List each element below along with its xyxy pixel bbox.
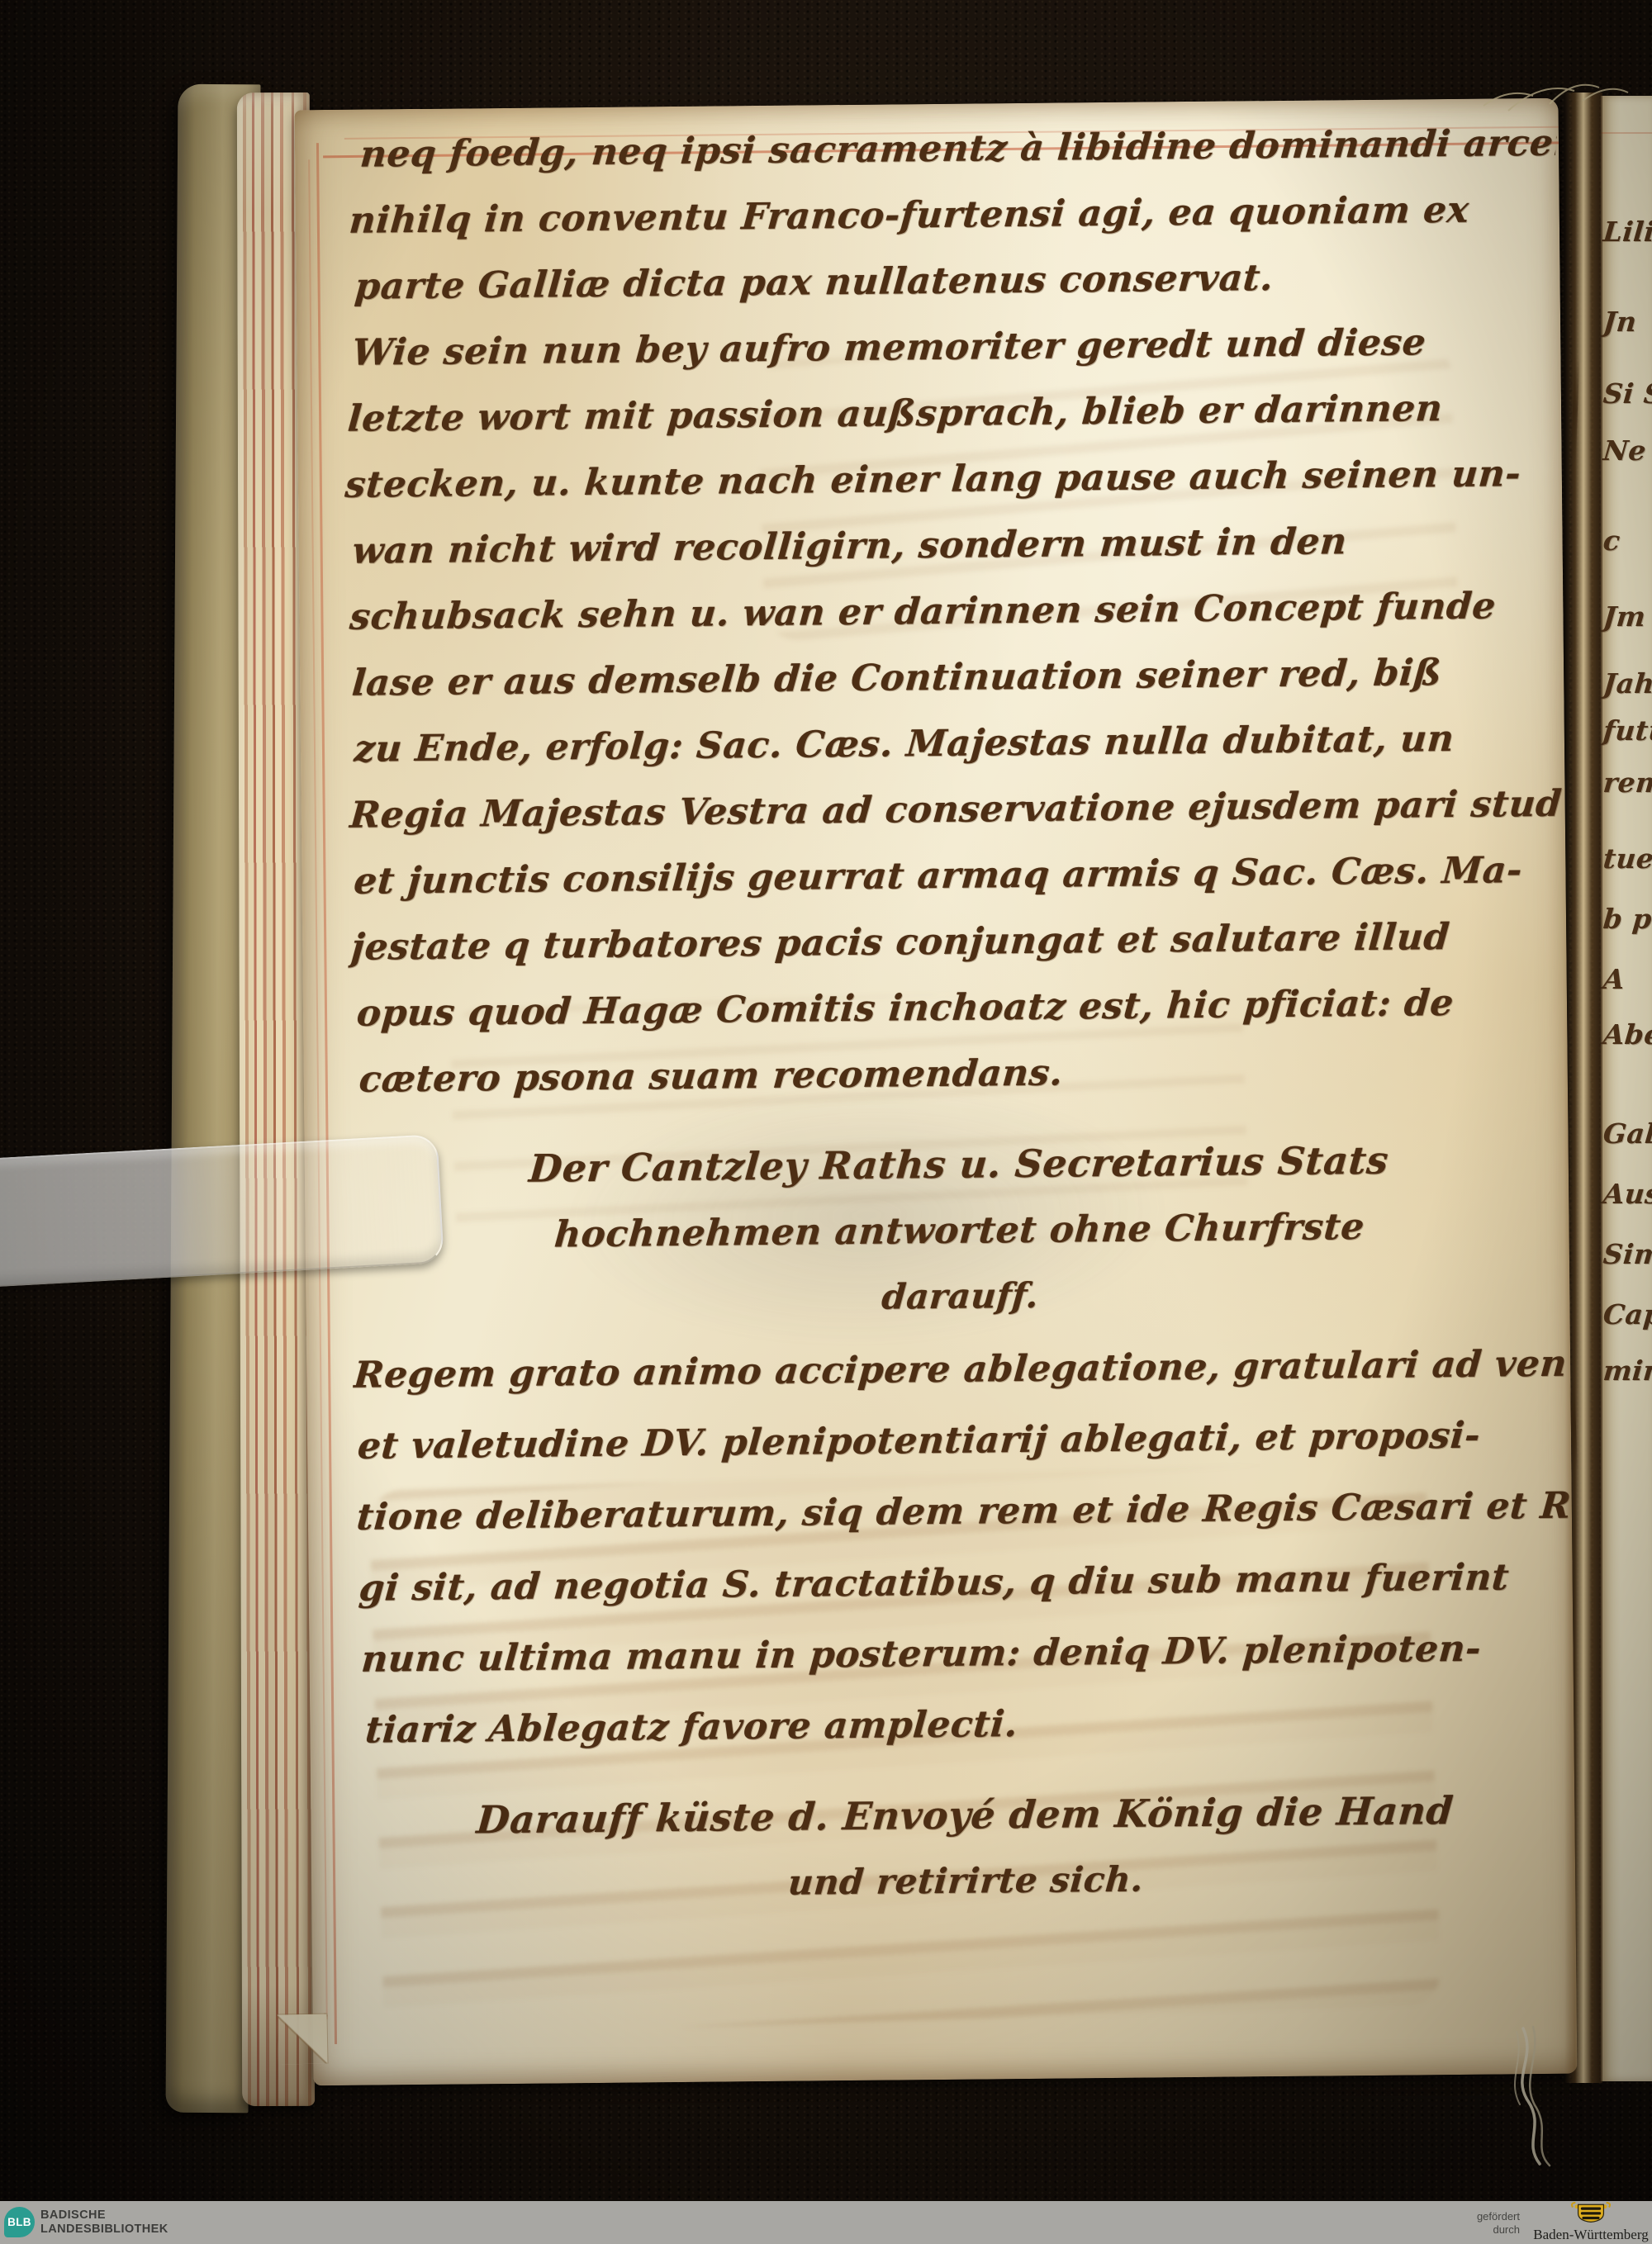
handwritten-line-text: cætero psona suam recomendans. [358,1052,1065,1101]
handwritten-fragment-text: remoti [1602,766,1652,799]
handwritten-line-text: et valetudine DV. plenipotentiarij ableg… [356,1415,1482,1468]
handwritten-line: tiariz Ablegatz favore amplecti. [354,1699,1574,1770]
handwritten-line: stecken, u. kunte nach einer lang pause … [342,453,1561,524]
frayed-paper-fibers [1475,63,1640,121]
funding-line1: gefördert [1436,2210,1520,2223]
handwritten-fragment-text: Lilig3 [1602,216,1652,248]
handwritten-line-text: stecken, u. kunte nach einer lang pause … [344,453,1522,506]
handwritten-line-text: Der Cantzley Raths u. Secretarius Stats [527,1138,1389,1191]
handwritten-line-text: jestate q turbatores pacis conjungat et … [349,916,1451,969]
book-gutter-fold [1564,93,1602,2083]
handwritten-fragment-text: mina [1602,1354,1652,1387]
handwritten-fragment: A [1602,963,1626,995]
handwritten-line-text: und retirirte sich. [786,1859,1145,1903]
handwritten-line: hochnehmen antwortet ohne Churfrste [349,1205,1569,1276]
handwritten-fragment: mina [1602,1354,1652,1387]
library-name: BADISCHE LANDESBIBLIOTHEK [40,2208,169,2237]
blb-logo-acronym: BLB [7,2216,31,2228]
handwritten-line-text: Regia Majestas Vestra ad conservatione e… [349,784,1564,837]
handwritten-fragment-text: futur [1602,714,1652,747]
manuscript-text: neq foedg, neq ipsi sacramentz à libidin… [295,98,1578,2086]
handwritten-line-text: gi sit, ad negotia S. tractatibus, q diu… [358,1557,1511,1610]
handwritten-line-text: Wie sein nun bey aufro memoriter geredt … [350,321,1427,374]
next-page-sliver: Lilig3 Jn Si Sapi Ne c Jm Jahr futur rem… [1601,96,1652,2081]
handwritten-line: et valetudine DV. plenipotentiarij ableg… [351,1415,1570,1486]
handwritten-fragment-text: b pater [1602,903,1652,935]
handwritten-fragment: c [1602,524,1621,557]
handwritten-fragment-text: Si Sapi [1602,377,1652,410]
manuscript-page: neq foedg, neq ipsi sacramentz à libidin… [295,98,1578,2086]
handwritten-line: cætero psona suam recomendans. [348,1048,1567,1119]
handwritten-fragment: Abele, [1602,1018,1652,1051]
handwritten-fragment: Jm [1602,600,1647,633]
handwritten-fragment-text: Jahr [1602,667,1652,700]
handwritten-line: Regem grato animo accipere ablegatione, … [351,1344,1570,1415]
handwritten-fragment-text: A [1602,963,1626,995]
funding-line2: durch [1436,2223,1520,2237]
handwritten-fragment: remoti [1602,766,1652,799]
handwritten-fragment: Capic [1602,1298,1652,1331]
handwritten-fragment-text: Capic [1602,1298,1652,1331]
handwritten-fragment-text: Galli [1602,1117,1652,1150]
handwritten-line-text: letzte wort mit passion außsprach, blieb… [346,387,1444,440]
handwritten-line-text: nihilq in conventu Franco-furtensi agi, … [348,189,1471,242]
photo-background: { "colors": { "background_cloth": "#1711… [0,0,1652,2244]
handwritten-fragment: Jn [1602,306,1638,338]
handwritten-line: tione deliberaturum, siq dem rem et ide … [352,1486,1571,1557]
handwritten-fragment: Jahr [1602,667,1652,700]
handwritten-fragment: b pater [1602,903,1652,935]
handwritten-fragment-text: Abele, [1602,1018,1652,1051]
baden-wuerttemberg-arms-icon [1568,2202,1614,2223]
handwritten-line-text: tiariz Ablegatz favore amplecti. [363,1703,1019,1752]
handwritten-line: schubsack sehn u. wan er darinnen sein C… [344,586,1563,657]
handwritten-fragment: Ne [1602,434,1647,467]
handwritten-fragment-text: tuer- [1602,842,1652,875]
handwritten-line-text: opus quod Hagæ Comitis inchoatz est, hic… [355,982,1455,1035]
handwritten-line: und retirirte sich. [356,1856,1575,1927]
handwritten-line-text: wan nicht wird recolligirn, sondern must… [351,520,1349,572]
library-name-line1: BADISCHE [40,2208,169,2223]
handwritten-fragment: futur [1602,714,1652,747]
handwritten-line-text: parte Galliæ dicta pax nullatenus conser… [354,257,1275,308]
handwritten-line: darauff. [350,1271,1569,1342]
handwritten-line-text: Darauff küste d. Envoyé dem König die Ha… [475,1788,1455,1842]
handwritten-line: et junctis consilijs geurrat armaq armis… [346,850,1565,921]
handwritten-line: lase er aus demselb die Continuation sei… [344,652,1564,723]
library-name-line2: LANDESBIBLIOTHEK [40,2223,169,2237]
gutter-crease [1569,1381,1578,1472]
red-ruling-line-recto [1601,132,1652,134]
handwritten-line-text: neq foedg, neq ipsi sacramentz à libidin… [358,123,1558,176]
handwritten-line: letzte wort mit passion außsprach, blieb… [341,387,1560,458]
handwritten-fragment: Lilig3 [1602,216,1652,248]
handwritten-line: Darauff küste d. Envoyé dem König die Ha… [355,1788,1574,1859]
handwritten-line: neq foedg, neq ipsi sacramentz à libidin… [339,123,1558,194]
transparent-page-holder-strip [0,1134,444,1288]
handwritten-line-text: zu Ende, erfolg: Sac. Cæs. Majestas null… [353,718,1455,771]
handwritten-fragment: Galli [1602,1117,1652,1150]
loose-binding-thread [1500,2025,1599,2170]
handwritten-fragment-text: Simon [1602,1238,1652,1270]
handwritten-line: jestate q turbatores pacis conjungat et … [347,916,1566,987]
handwritten-line: gi sit, ad negotia S. tractatibus, q diu… [353,1557,1572,1628]
handwritten-line-text: schubsack sehn u. wan er darinnen sein C… [348,586,1497,638]
handwritten-fragment-text: Jm [1602,600,1647,633]
funding-note: gefördert durch [1436,2210,1520,2237]
page-corner-fold-mark [277,2013,328,2064]
handwritten-line: nunc ultima manu in posterum: deniq DV. … [354,1628,1573,1699]
handwritten-fragment-text: Jn [1602,306,1638,338]
handwritten-line: Regia Majestas Vestra ad conservatione e… [345,784,1564,855]
handwritten-fragment-text: Ne [1602,434,1647,467]
handwritten-fragment-text: c [1602,524,1621,557]
handwritten-line: wan nicht wird recolligirn, sondern must… [343,519,1562,591]
handwritten-fragment-text: Austri [1602,1178,1652,1210]
handwritten-line-text: nunc ultima manu in posterum: deniq DV. … [360,1628,1483,1681]
handwritten-fragment: Si Sapi [1602,377,1652,410]
handwritten-fragment: Austri [1602,1178,1652,1210]
handwritten-line: parte Galliæ dicta pax nullatenus conser… [340,255,1559,326]
handwritten-line-text: et junctis consilijs geurrat armaq armis… [353,850,1524,903]
handwritten-line-text: hochnehmen antwortet ohne Churfrste [553,1206,1366,1255]
handwritten-fragment: tuer- [1602,842,1652,875]
state-branding: Baden-Württemberg MINISTERIUM FÜR WISSEN… [1530,2202,1652,2244]
handwritten-line: Wie sein nun bey aufro memoriter geredt … [341,321,1560,392]
state-name: Baden-Württemberg [1530,2227,1652,2243]
handwritten-fragment: Simon [1602,1238,1652,1270]
blb-logo: BLB [4,2207,35,2237]
handwritten-line: Der Cantzley Raths u. Secretarius Stats [349,1137,1568,1208]
gutter-crease [1571,357,1580,464]
handwritten-line: zu Ende, erfolg: Sac. Cæs. Majestas null… [344,718,1564,789]
handwritten-line: nihilq in conventu Franco-furtensi agi, … [339,189,1559,260]
handwritten-line: opus quod Hagæ Comitis inchoatz est, hic… [347,982,1566,1053]
handwritten-line-text: Regem grato animo accipere ablegatione, … [352,1344,1569,1397]
footer-bar: BLB BADISCHE LANDESBIBLIOTHEK gefördert … [0,2201,1652,2244]
handwritten-line-text: darauff. [881,1275,1041,1317]
handwritten-line-text: tione deliberaturum, siq dem rem et ide … [355,1486,1571,1539]
handwritten-line-text: lase er aus demselb die Continuation sei… [350,652,1443,705]
